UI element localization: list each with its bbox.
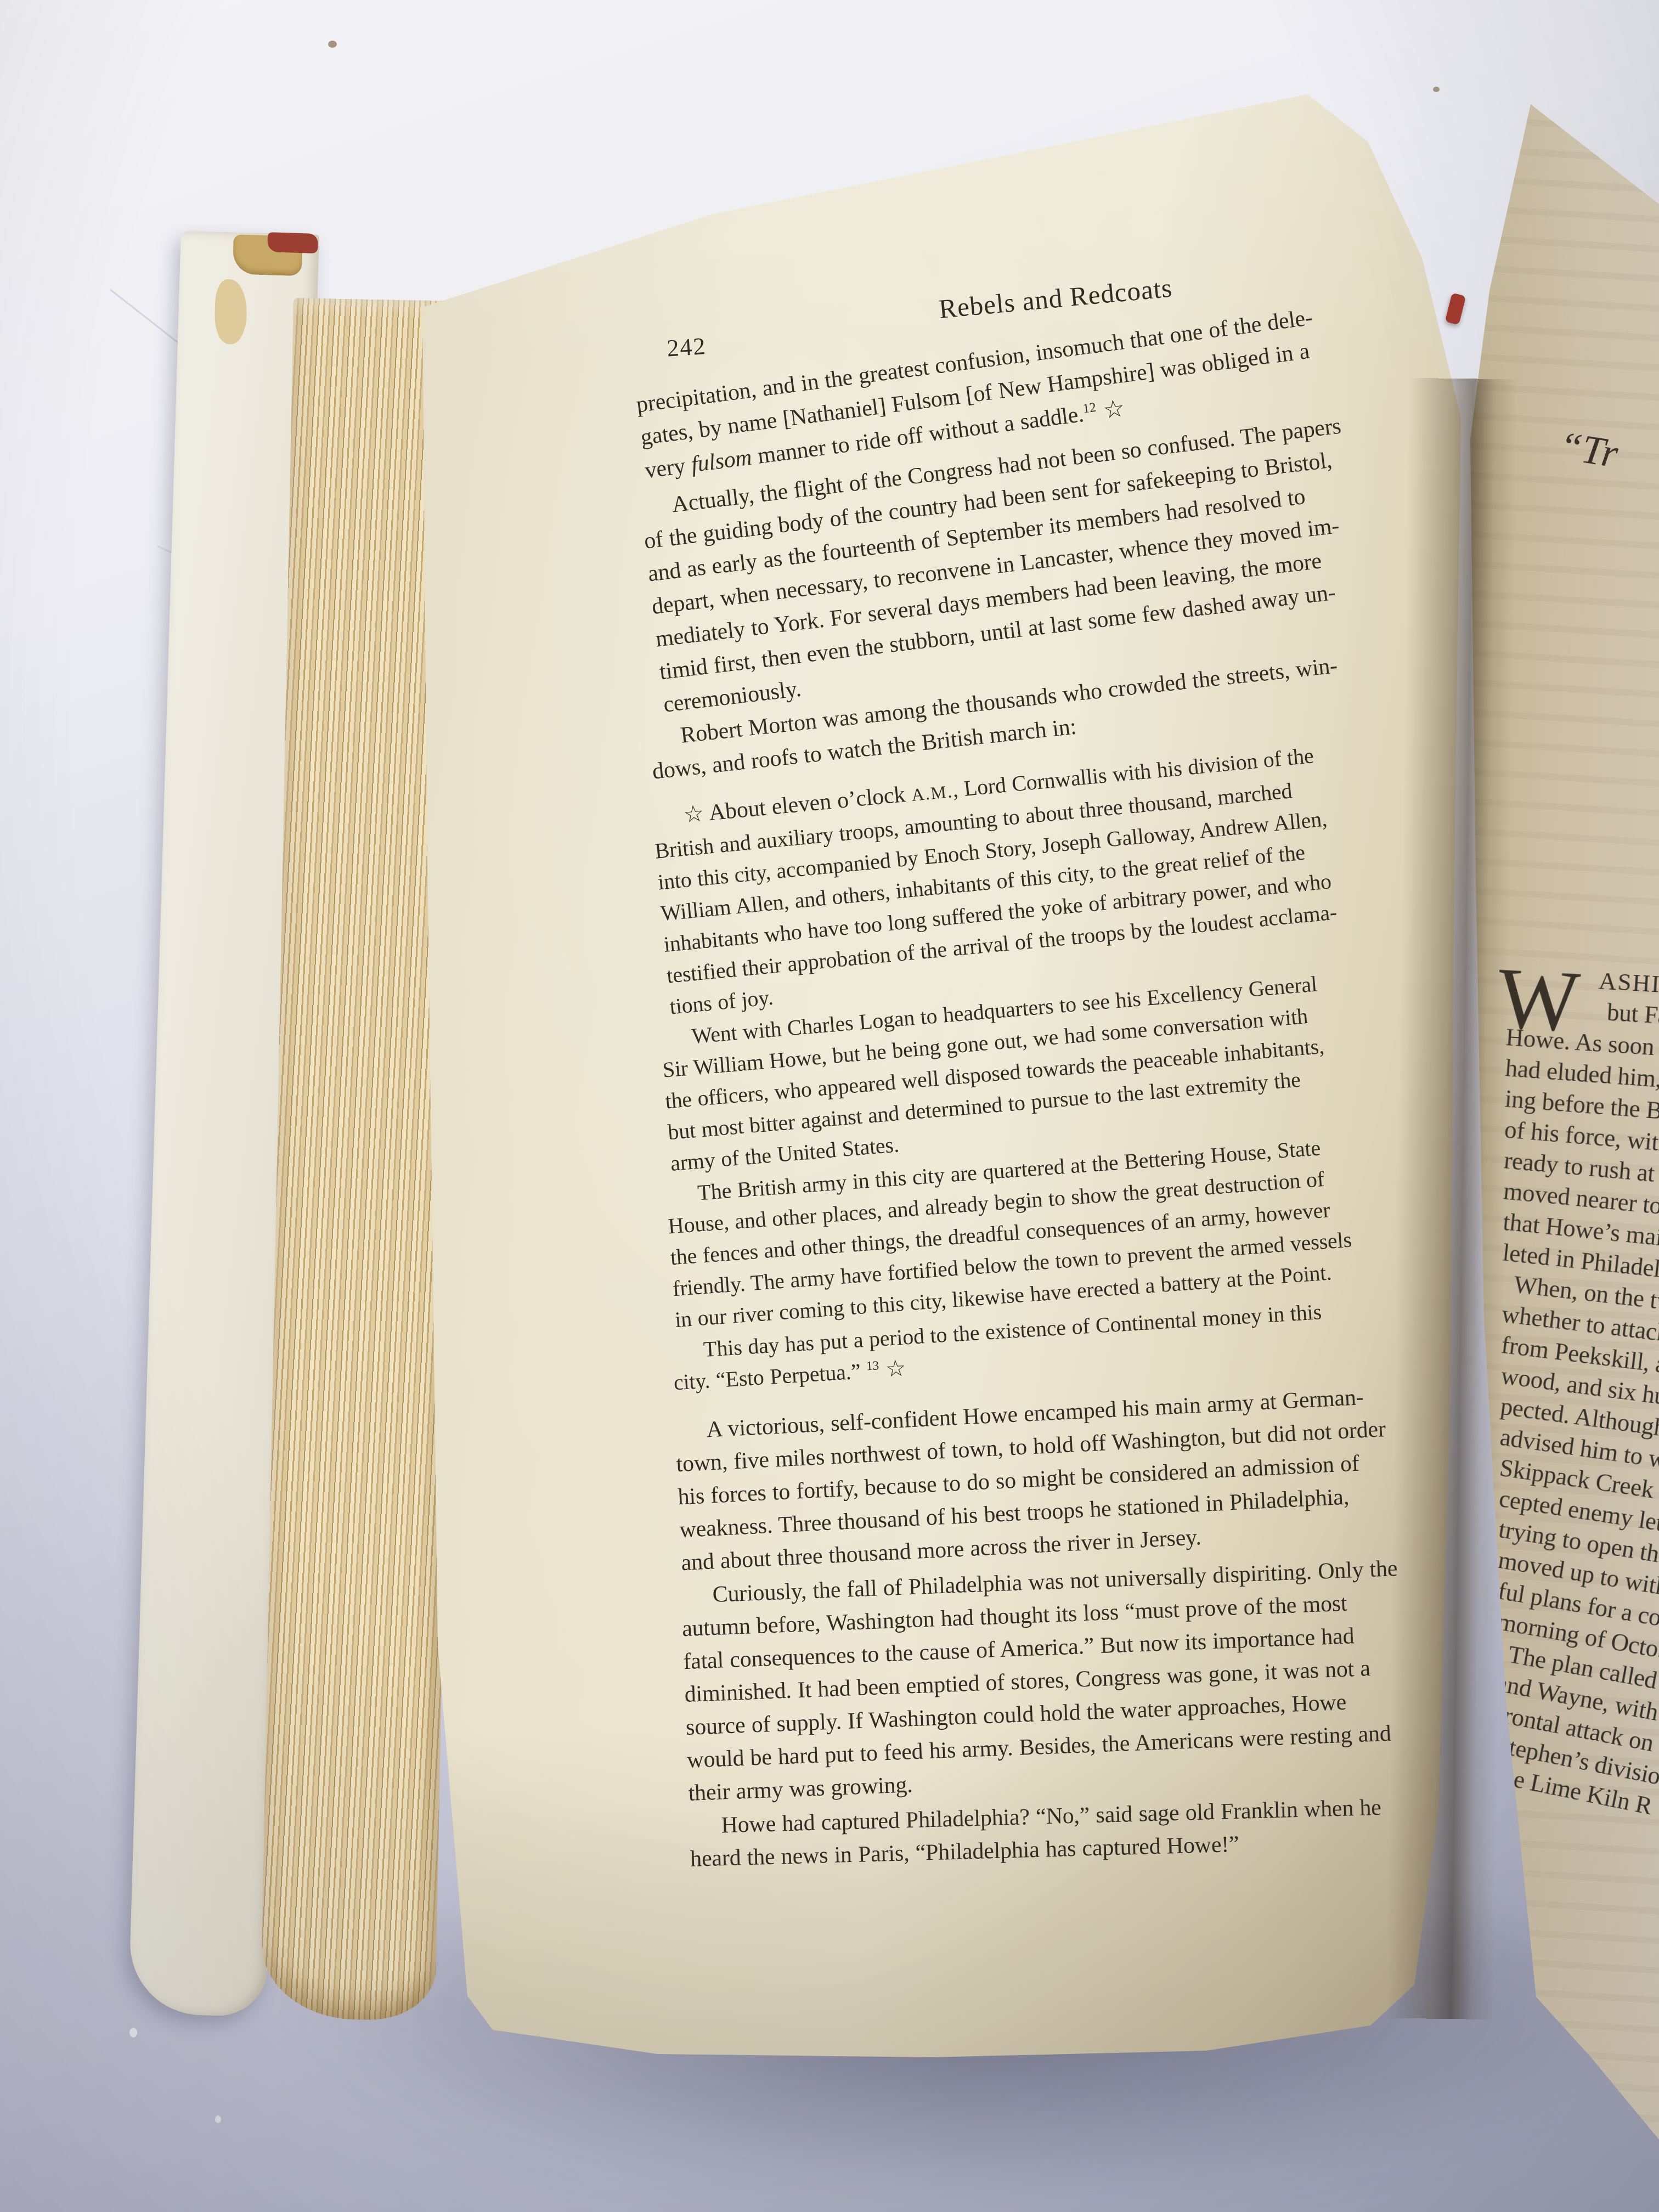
page-number: 242 bbox=[666, 332, 707, 363]
book-paragraph: A victorious, self-confident Howe encamp… bbox=[674, 1380, 1391, 1579]
left-page: Rebels and Redcoats 242 precipitation, a… bbox=[384, 82, 1492, 2090]
backdrop-speck bbox=[129, 2028, 137, 2038]
backdrop-speck bbox=[1433, 87, 1440, 92]
cover-wear-chip bbox=[214, 279, 247, 345]
backdrop-speck bbox=[215, 2115, 221, 2123]
backdrop-speck bbox=[328, 41, 337, 48]
book-photo: Rebels and Redcoats 242 precipitation, a… bbox=[0, 0, 1659, 2212]
chapter-title-fragment: “Tr bbox=[1556, 422, 1621, 478]
running-head: Rebels and Redcoats bbox=[938, 272, 1174, 325]
spine-headband bbox=[1445, 293, 1466, 325]
gutter-shadow bbox=[1386, 378, 1517, 2019]
cover-wear-chip-red bbox=[267, 232, 318, 253]
book-paragraph: Curiously, the fall of Philadelphia was … bbox=[680, 1552, 1406, 1810]
